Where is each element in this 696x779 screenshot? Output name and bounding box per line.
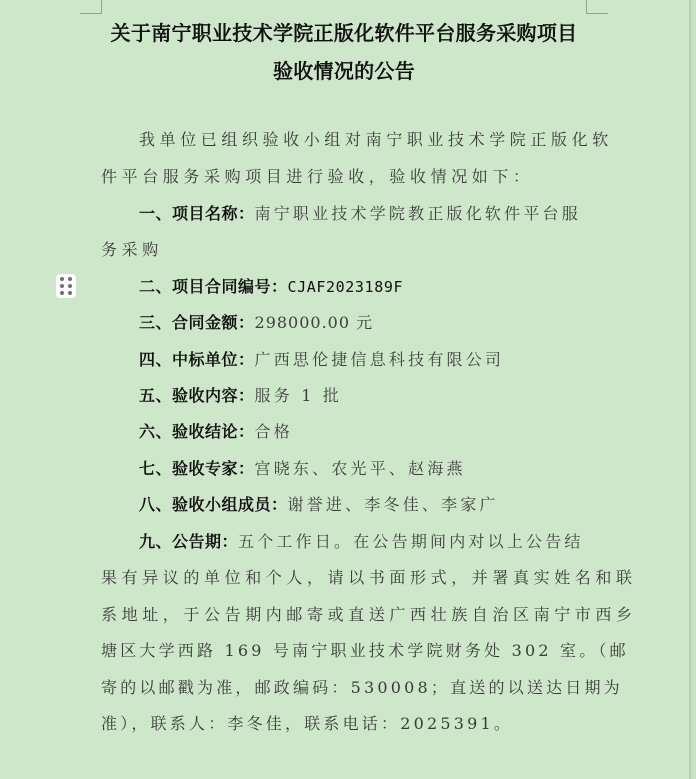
item-value: CJAF2023189F	[288, 278, 404, 296]
item-value: 广西思伦捷信息科技有限公司	[255, 350, 505, 369]
item-value: 服务 1 批	[255, 386, 343, 405]
document-page: 关于南宁职业技术学院正版化软件平台服务采购项目 验收情况的公告 我单位已组织验收…	[0, 0, 696, 779]
scrollbar-track[interactable]	[691, 0, 696, 779]
item-label: 一、项目名称：	[139, 204, 255, 223]
item-value: 298000.00 元	[255, 313, 374, 332]
item-label: 六、验收结论：	[139, 422, 255, 441]
item-acceptance-content: 五、验收内容：服务 1 批	[101, 386, 591, 406]
intro-paragraph-line2: 件平台服务采购项目进行验收，验收情况如下：	[101, 167, 591, 187]
item-label: 四、中标单位：	[139, 350, 255, 369]
item-project-name-cont: 务采购	[101, 240, 591, 260]
item-label: 九、公告期：	[139, 532, 238, 551]
notice-line-2: 系地址，于公告期内邮寄或直送广西壮族自治区南宁市西乡	[101, 605, 591, 625]
drag-handle-icon[interactable]	[56, 274, 76, 298]
item-acceptance-conclusion: 六、验收结论：合格	[101, 422, 591, 442]
item-label: 三、合同金额：	[139, 313, 255, 332]
item-acceptance-experts: 七、验收专家：宫晓东、农光平、赵海燕	[101, 459, 591, 479]
item-winning-bidder: 四、中标单位：广西思伦捷信息科技有限公司	[101, 350, 591, 370]
notice-line-4: 寄的以邮戳为准，邮政编码：530008；直送的以送达日期为	[101, 678, 591, 698]
page-corner-mark-right	[586, 0, 608, 14]
item-label: 七、验收专家：	[139, 459, 255, 478]
item-value: 南宁职业技术学院教正版化软件平台服	[255, 204, 581, 223]
item-project-name: 一、项目名称：南宁职业技术学院教正版化软件平台服	[101, 204, 591, 224]
item-contract-amount: 三、合同金额：298000.00 元	[101, 313, 591, 333]
item-acceptance-team: 八、验收小组成员：谢誉进、李冬佳、李家广	[101, 495, 591, 515]
notice-line-5: 准），联系人：李冬佳，联系电话：2025391。	[101, 714, 591, 734]
intro-paragraph-line1: 我单位已组织验收小组对南宁职业技术学院正版化软	[101, 130, 591, 150]
item-value: 宫晓东、农光平、赵海燕	[255, 459, 466, 478]
item-value: 谢誉进、李冬佳、李家广	[288, 495, 499, 514]
document-title-line1: 关于南宁职业技术学院正版化软件平台服务采购项目	[96, 17, 592, 46]
document-title-line2: 验收情况的公告	[96, 55, 592, 84]
item-label: 五、验收内容：	[139, 386, 255, 405]
item-contract-number: 二、项目合同编号：CJAF2023189F	[101, 277, 591, 297]
item-value: 合格	[255, 422, 293, 441]
item-label: 二、项目合同编号：	[139, 277, 288, 296]
notice-line-1: 果有异议的单位和个人，请以书面形式，并署真实姓名和联	[101, 568, 591, 588]
item-notice-period: 九、公告期：五个工作日。在公告期间内对以上公告结	[101, 532, 591, 552]
page-corner-mark-left	[80, 0, 102, 14]
notice-line-3: 塘区大学西路 169 号南宁职业技术学院财务处 302 室。（邮	[101, 641, 591, 661]
item-label: 八、验收小组成员：	[139, 495, 288, 514]
item-value: 五个工作日。在公告期间内对以上公告结	[238, 532, 584, 551]
